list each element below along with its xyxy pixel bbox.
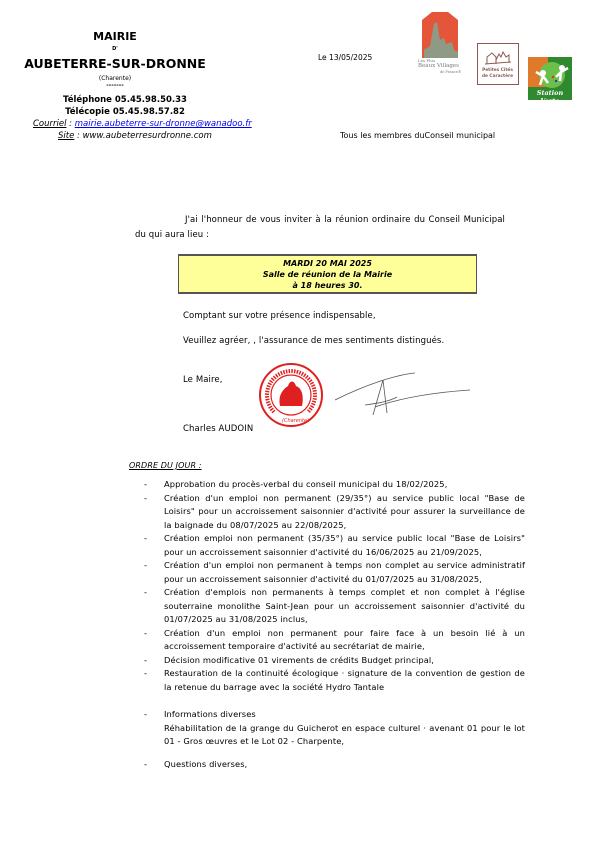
agenda-item: -Création d'un emploi non permanent pour… — [140, 627, 525, 654]
invitation-intro: J'ai l'honneur de vous inviter à la réun… — [135, 213, 505, 243]
site-line: Site : www.aubeterresurdronne.com — [58, 131, 212, 141]
site-sep: : — [74, 131, 82, 141]
petites-cites-logo: Petites Cités de Caractère — [477, 43, 519, 85]
agenda-item: -Restauration de la continuité écologiqu… — [140, 667, 525, 694]
signature — [335, 365, 475, 425]
comptant-text: Comptant sur votre présence indispensabl… — [183, 311, 376, 321]
mairie-title-d: D' — [0, 46, 230, 52]
station-verte-logo: Station Verte — [528, 57, 572, 100]
sv-label: Station Verte — [528, 89, 572, 105]
stamp-icon: (Charente) — [258, 362, 324, 428]
salutation-text: Veuillez agréer, , l'assurance de mes se… — [183, 336, 444, 346]
informations-diverses: -Informations diverses Réhabilitation de… — [140, 708, 525, 749]
separator: ------- — [0, 82, 230, 89]
questions-item: -Questions diverses, — [140, 758, 525, 772]
agenda-list: -Approbation du procès-verbal du conseil… — [140, 478, 525, 694]
mairie-title: MAIRIE — [0, 30, 230, 43]
pcc-line2: de Caractère — [478, 74, 517, 79]
info-item: -Informations diverses — [140, 708, 525, 722]
meeting-box: MARDI 20 MAI 2025 Salle de réunion de la… — [178, 254, 477, 294]
pbv-line2: Beaux Villages — [418, 63, 459, 69]
courriel-link[interactable]: mairie.aubeterre-sur-dronne@wanadoo.fr — [75, 119, 252, 129]
recipients: Tous les membres duConseil municipal — [340, 131, 495, 140]
agenda-item: -Création d'un emploi non permanent (29/… — [140, 492, 525, 533]
meeting-time: à 18 heures 30. — [179, 280, 476, 291]
courriel-label: Courriel — [33, 119, 66, 129]
department: (Charente) — [0, 75, 230, 82]
site-label: Site — [58, 131, 74, 141]
agenda-item: -Approbation du procès-verbal du conseil… — [140, 478, 525, 492]
meeting-date: MARDI 20 MAI 2025 — [179, 258, 476, 269]
houses-icon — [479, 48, 518, 68]
questions-diverses: -Questions diverses, — [140, 758, 525, 772]
agenda-item: -Décision modificative 01 virements de c… — [140, 654, 525, 668]
le-maire-label: Le Maire, — [183, 375, 223, 385]
courriel-line: Courriel : mairie.aubeterre-sur-dronne@w… — [33, 119, 252, 129]
agenda-item: -Création emploi non permanent (35/35°) … — [140, 532, 525, 559]
agenda-heading: ORDRE DU JOUR : — [129, 461, 202, 470]
info-detail: Réhabilitation de la grange du Guicherot… — [140, 722, 525, 749]
meeting-place: Salle de réunion de la Mairie — [179, 269, 476, 280]
svg-text:(Charente): (Charente) — [282, 418, 309, 424]
plus-beaux-villages-logo: Les Plus Beaux Villages de France® — [418, 10, 466, 80]
info-title: Informations diverses — [164, 709, 256, 719]
courriel-sep: : — [66, 119, 74, 129]
official-stamp: (Charente) — [258, 362, 324, 428]
pcc-line1: Petites Cités — [478, 68, 517, 73]
site-url[interactable]: www.aubeterresurdronne.com — [83, 131, 212, 141]
telecopie: Télécopie 05.45.98.57.82 — [0, 107, 250, 117]
signer-name: Charles AUDOIN — [183, 424, 253, 434]
signature-icon — [335, 365, 475, 425]
commune-name: AUBETERRE-SUR-DRONNE — [0, 56, 230, 71]
pbv-line3: de France® — [440, 70, 461, 74]
agenda-item: -Création d'emplois non permanents à tem… — [140, 586, 525, 627]
letter-date: Le 13/05/2025 — [318, 53, 372, 62]
telephone: Téléphone 05.45.98.50.33 — [0, 95, 250, 105]
agenda-item: -Création d'un emploi non permanent à te… — [140, 559, 525, 586]
